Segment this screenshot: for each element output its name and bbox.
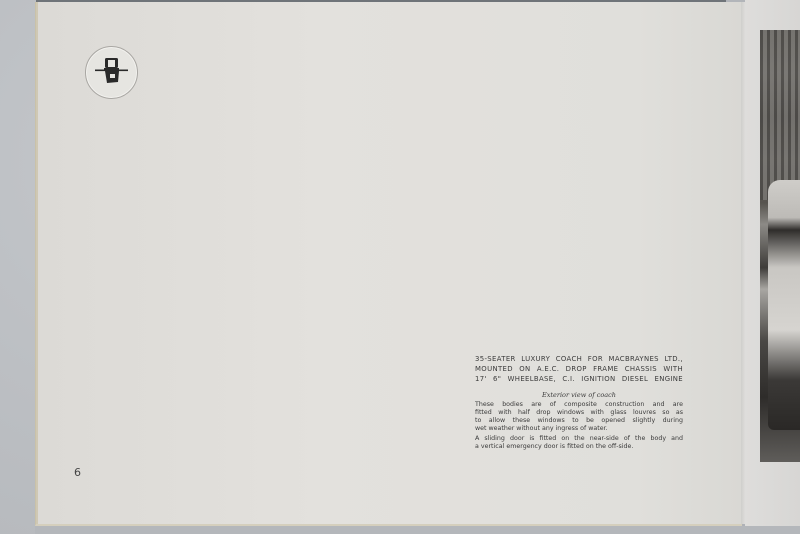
sedan-chair-emblem-icon [85,46,138,99]
book-bottom-edge [35,526,800,534]
caption-title-line: 35-SEATER LUXURY COACH FOR MACBRAYNES LT… [475,354,683,364]
caption-paragraph: These bodies are of composite constructi… [475,401,683,433]
caption-line: A sliding door is fitted on the near-sid… [475,435,683,443]
caption-body: These bodies are of composite constructi… [475,401,683,451]
caption-line: fitted with half drop windows with glass… [475,409,683,417]
caption-line: wet weather without any ingress of water… [475,425,683,433]
building-background [760,30,800,200]
caption-line: a vertical emergency door is fitted on t… [475,443,683,451]
coach-photograph [760,30,800,462]
coach-image [768,180,800,430]
caption-line: These bodies are of composite constructi… [475,401,683,409]
caption-title-line: MOUNTED ON A.E.C. DROP FRAME CHASSIS WIT… [475,364,683,374]
caption-title: 35-SEATER LUXURY COACH FOR MACBRAYNES LT… [475,354,683,384]
caption-title-line: 17' 6" WHEELBASE, C.I. IGNITION DIESEL E… [475,374,683,384]
caption-subtitle: Exterior view of coach [475,391,683,399]
photo-caption: 35-SEATER LUXURY COACH FOR MACBRAYNES LT… [475,354,683,451]
page-number: 6 [74,466,81,479]
caption-line: to allow these windows to be opened slig… [475,417,683,425]
caption-paragraph: A sliding door is fitted on the near-sid… [475,435,683,451]
